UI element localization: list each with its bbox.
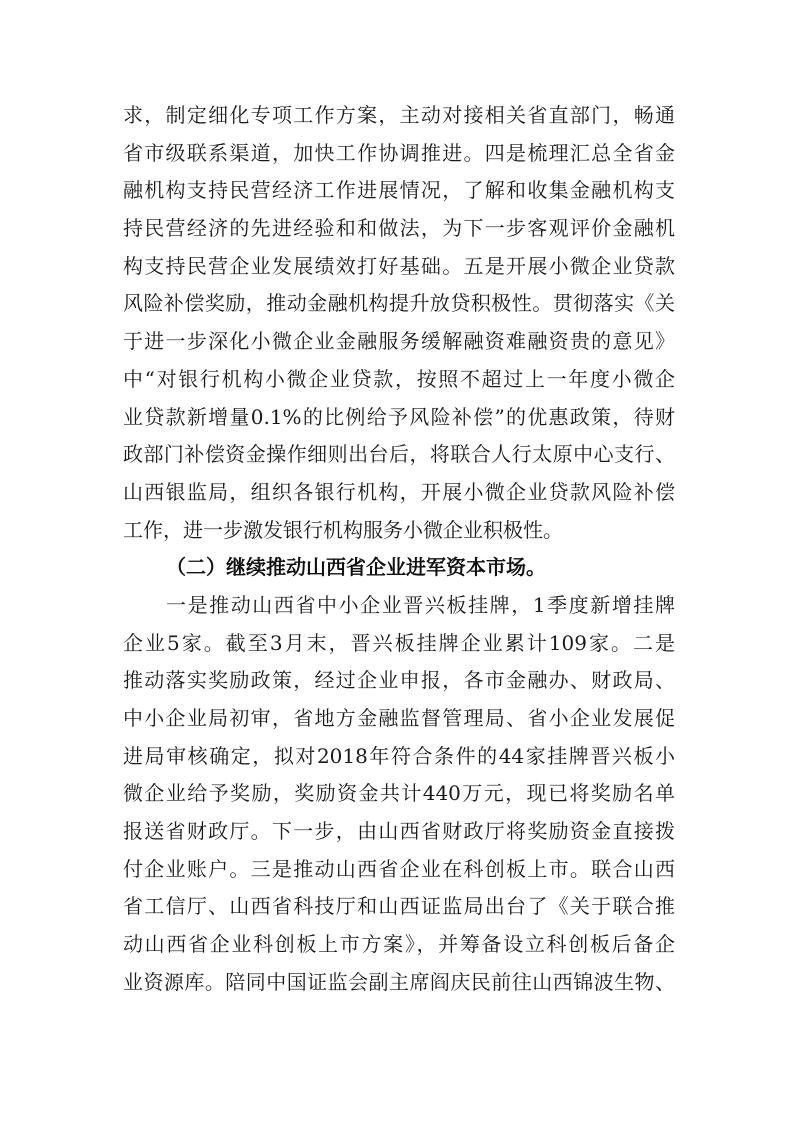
section-heading: （二）继续推动山西省企业进军资本市场。: [123, 549, 675, 587]
paragraph-capital-market: 一是推动山西省中小企业晋兴板挂牌，1季度新增挂牌 企业5家。截至3月末，晋兴板挂…: [123, 587, 675, 1002]
text-line: 中“对银行机构小微企业贷款，按照不超过上一年度小微企: [123, 361, 675, 399]
text-line: 工作，进一步激发银行机构服务小微企业积极性。: [123, 512, 675, 550]
text-line: 微企业给予奖励，奖励资金共计440万元，现已将奖励名单: [123, 775, 675, 813]
text-line: 企业5家。截至3月末，晋兴板挂牌企业累计109家。二是: [123, 625, 675, 663]
text-line: 于进一步深化小微企业金融服务缓解融资难融资贵的意见》: [123, 323, 675, 361]
text-line: 省工信厅、山西省科技厅和山西证监局出台了《关于联合推: [123, 888, 675, 926]
text-line: 省市级联系渠道，加快工作协调推进。四是梳理汇总全省金: [123, 135, 675, 173]
text-line: 一是推动山西省中小企业晋兴板挂牌，1季度新增挂牌: [123, 587, 675, 625]
text-line: 融机构支持民营经济工作进展情况，了解和收集金融机构支: [123, 172, 675, 210]
text-line: 持民营经济的先进经验和和做法，为下一步客观评价金融机: [123, 210, 675, 248]
text-line: 求，制定细化专项工作方案，主动对接相关省直部门，畅通: [123, 97, 675, 135]
text-line: 动山西省企业科创板上市方案》，并筹备设立科创板后备企: [123, 926, 675, 964]
text-line: 风险补偿奖励，推动金融机构提升放贷积极性。贯彻落实《关: [123, 285, 675, 323]
text-line: 构支持民营企业发展绩效打好基础。五是开展小微企业贷款: [123, 248, 675, 286]
text-line: 业贷款新增量0.1%的比例给予风险补偿”的优惠政策，待财: [123, 399, 675, 437]
text-line: 报送省财政厅。下一步，由山西省财政厅将奖励资金直接拨: [123, 813, 675, 851]
text-line: 政部门补偿资金操作细则出台后，将联合人行太原中心支行、: [123, 436, 675, 474]
text-line: 推动落实奖励政策，经过企业申报，各市金融办、财政局、: [123, 662, 675, 700]
text-line: 山西银监局，组织各银行机构，开展小微企业贷款风险补偿: [123, 474, 675, 512]
text-line: 中小企业局初审，省地方金融监督管理局、省小企业发展促: [123, 700, 675, 738]
document-page: 求，制定细化专项工作方案，主动对接相关省直部门，畅通 省市级联系渠道，加快工作协…: [123, 97, 675, 1002]
paragraph-continuation: 求，制定细化专项工作方案，主动对接相关省直部门，畅通 省市级联系渠道，加快工作协…: [123, 97, 675, 549]
text-line: 付企业账户。三是推动山西省企业在科创板上市。联合山西: [123, 851, 675, 889]
text-line: 业资源库。陪同中国证监会副主席阎庆民前往山西锦波生物、: [123, 964, 675, 1002]
text-line: 进局审核确定，拟对2018年符合条件的44家挂牌晋兴板小: [123, 738, 675, 776]
